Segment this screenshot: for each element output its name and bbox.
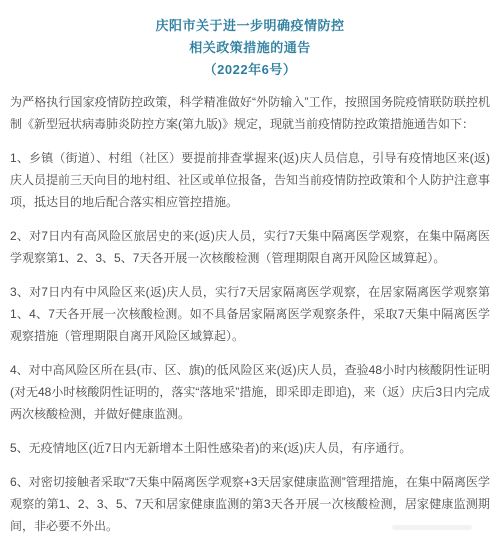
notice-title: 庆阳市关于进一步明确疫情防控 相关政策措施的通告 （2022年6号） — [0, 0, 500, 81]
policy-paragraph-4: 4、对中高风险区所在县(市、区、旗)的低风险区来(返)庆人员，查验48小时内核酸… — [10, 359, 490, 425]
notice-title-line-2: 相关政策措施的通告 — [0, 37, 500, 59]
intro-paragraph: 为严格执行国家疫情防控政策，科学精准做好“外防输入”工作，按照国务院疫情联防联控… — [10, 91, 490, 135]
notice-page: 庆阳市关于进一步明确疫情防控 相关政策措施的通告 （2022年6号） 为严格执行… — [0, 0, 500, 539]
watermark-smudge — [392, 525, 472, 530]
policy-paragraph-3: 3、对7日内有中风险区来(返)庆人员，实行7天居家隔离医学观察，在居家隔离医学观… — [10, 281, 490, 347]
notice-body: 为严格执行国家疫情防控政策，科学精准做好“外防输入”工作，按照国务院疫情联防联控… — [0, 91, 500, 537]
policy-paragraph-2: 2、对7日内有高风险区旅居史的来(返)庆人员，实行7天集中隔离医学观察，在集中隔… — [10, 225, 490, 269]
notice-title-number: （2022年6号） — [0, 59, 500, 81]
notice-title-line-1: 庆阳市关于进一步明确疫情防控 — [0, 15, 500, 37]
policy-paragraph-5: 5、无疫情地区(近7日内无新增本土阳性感染者)的来(返)庆人员，有序通行。 — [10, 437, 490, 459]
policy-paragraph-1: 1、乡镇（街道）、村组（社区）要提前排查掌握来(返)庆人员信息，引导有疫情地区来… — [10, 147, 490, 213]
